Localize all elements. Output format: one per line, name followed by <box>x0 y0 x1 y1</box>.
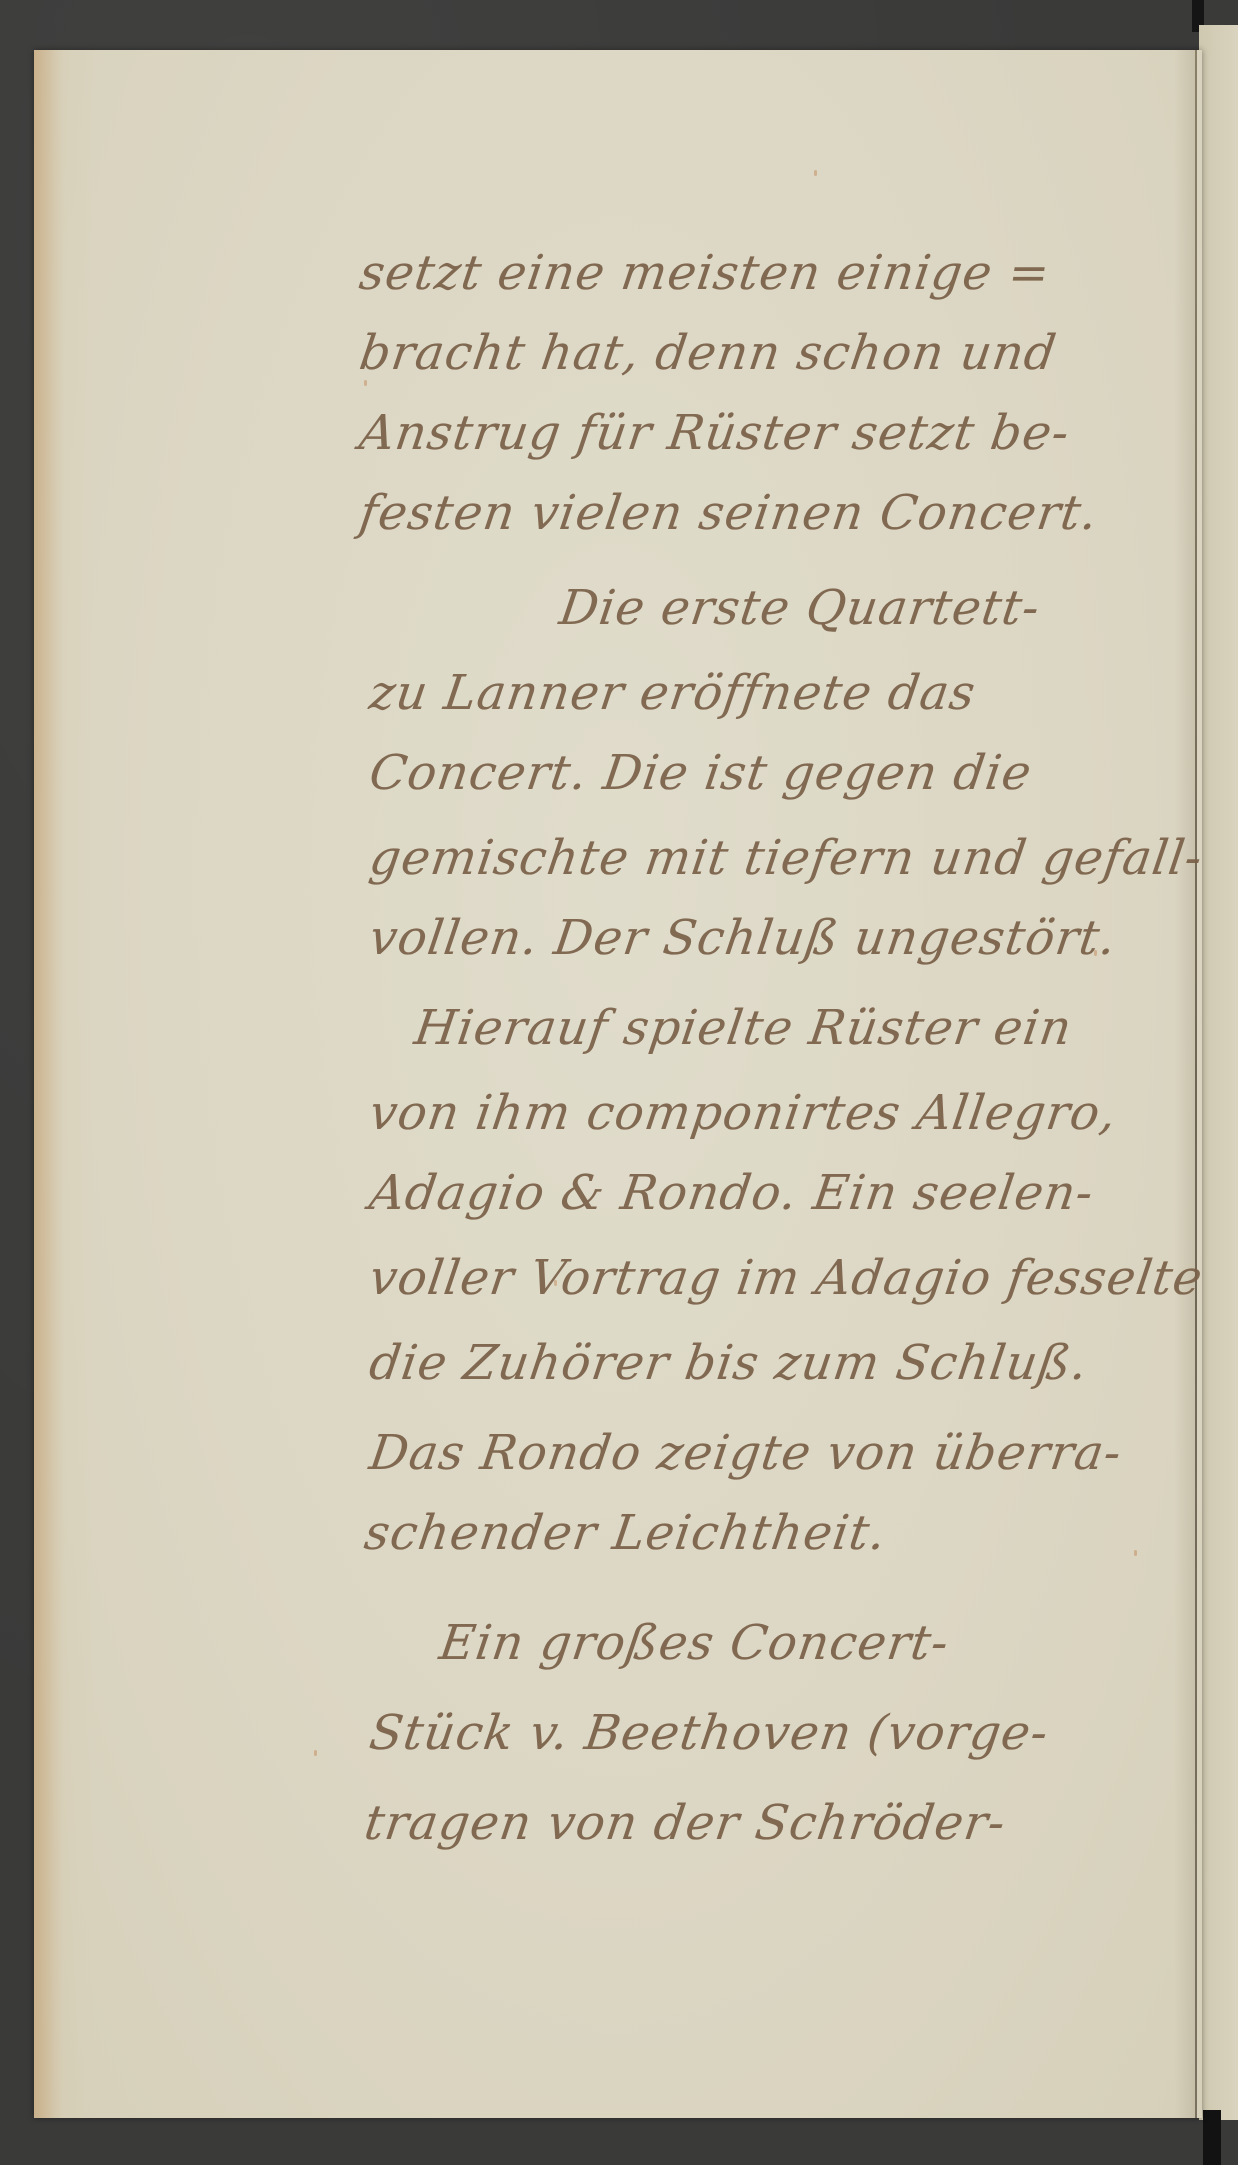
manuscript-line: zu Lanner eröffnete das <box>366 665 979 721</box>
manuscript-line: schender Leichtheit. <box>361 1505 890 1561</box>
manuscript-line: bracht hat, denn schon und <box>356 325 1060 381</box>
manuscript-line: Ein großes Concert- <box>436 1615 953 1671</box>
manuscript-line: gemischte mit tiefern und gefall- <box>366 830 1206 886</box>
manuscript-line: Das Rondo zeigte von überra- <box>366 1425 1125 1481</box>
manuscript-line: von ihm componirtes Allegro, <box>366 1085 1120 1141</box>
manuscript-line: Stück v. Beethoven (vorge- <box>366 1705 1052 1761</box>
handwritten-text-block: setzt eine meisten einige =bracht hat, d… <box>0 0 1238 2165</box>
manuscript-line: Adagio & Rondo. Ein seelen- <box>366 1165 1097 1221</box>
manuscript-line: voller Vortrag im Adagio fesselte <box>366 1250 1206 1306</box>
manuscript-line: festen vielen seinen Concert. <box>356 485 1102 541</box>
manuscript-line: vollen. Der Schluß ungestört. <box>366 910 1120 966</box>
manuscript-line: Hierauf spielte Rüster ein <box>411 1000 1076 1056</box>
manuscript-line: tragen von der Schröder- <box>361 1795 1009 1851</box>
manuscript-line: Die erste Quartett- <box>556 580 1044 636</box>
manuscript-line: die Zuhörer bis zum Schluß. <box>366 1335 1091 1391</box>
manuscript-line: Concert. Die ist gegen die <box>366 745 1035 801</box>
manuscript-line: setzt eine meisten einige = <box>356 245 1054 301</box>
manuscript-line: Anstrug für Rüster setzt be- <box>356 405 1073 461</box>
